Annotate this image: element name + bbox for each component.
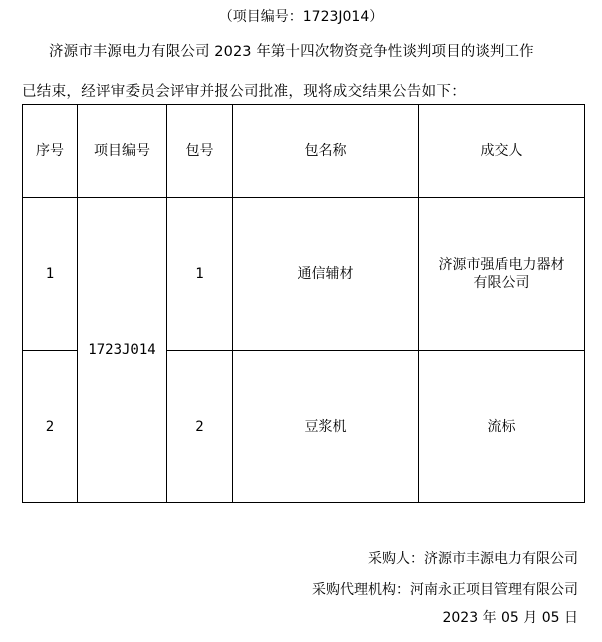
winner-line-2: 有限公司 — [419, 274, 584, 292]
cell-winner: 流标 — [419, 351, 585, 503]
cell-project-code: 1723J014 — [78, 198, 167, 503]
table-row: 1 1723J014 1 通信辅材 济源市强盾电力器材 有限公司 — [23, 198, 585, 351]
cell-package-no: 1 — [167, 198, 233, 351]
header-package-no: 包号 — [167, 105, 233, 198]
cell-package-name: 豆浆机 — [233, 351, 419, 503]
cell-winner: 济源市强盾电力器材 有限公司 — [419, 198, 585, 351]
cell-index: 2 — [23, 351, 78, 503]
header-package-name: 包名称 — [233, 105, 419, 198]
announcement-date: 2023 年 05 月 05 日 — [442, 607, 578, 627]
project-code-line: （项目编号：1723J014） — [0, 6, 602, 26]
header-winner: 成交人 — [419, 105, 585, 198]
cell-package-name: 通信辅材 — [233, 198, 419, 351]
intro-paragraph-line-1: 济源市丰源电力有限公司 2023 年第十四次物资竞争性谈判项目的谈判工作 — [49, 40, 534, 61]
buyer-signature: 采购人：济源市丰源电力有限公司 — [368, 548, 578, 568]
cell-index: 1 — [23, 198, 78, 351]
header-project-code: 项目编号 — [78, 105, 167, 198]
cell-package-no: 2 — [167, 351, 233, 503]
winner-line-1: 济源市强盾电力器材 — [419, 256, 584, 274]
result-table: 序号 项目编号 包号 包名称 成交人 1 1723J014 1 通信辅材 济源市… — [22, 104, 585, 503]
agent-signature: 采购代理机构：河南永正项目管理有限公司 — [312, 579, 578, 599]
table-header-row: 序号 项目编号 包号 包名称 成交人 — [23, 105, 585, 198]
intro-paragraph-line-2: 已结束，经评审委员会评审并报公司批准，现将成交结果公告如下： — [22, 80, 466, 101]
header-index: 序号 — [23, 105, 78, 198]
